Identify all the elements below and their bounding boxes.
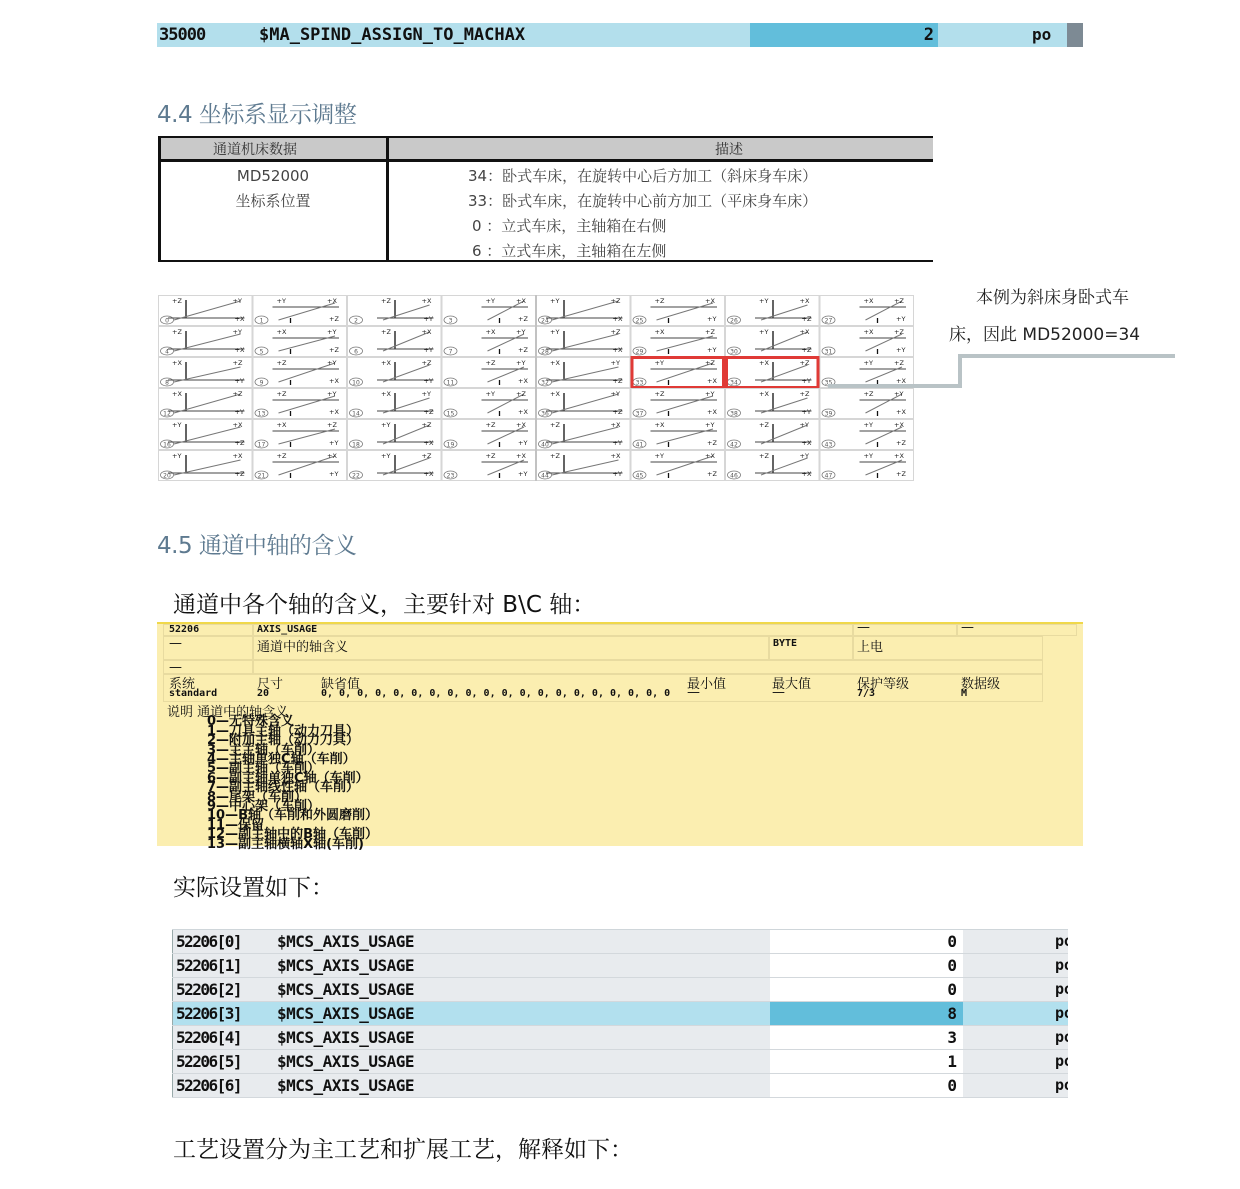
svg-text:+Z: +Z [486,421,496,429]
svg-text:+X: +X [707,377,717,385]
svg-text:+X: +X [759,390,769,398]
svg-text:+Z: +Z [613,408,623,416]
intro-text: 通道中各个轴的含义，主要针对 B\C 轴： [173,586,595,619]
row-value-field[interactable]: 0 [770,1074,963,1097]
svg-text:+X: +X [611,421,621,429]
coordinate-system-diagram-grid: 0+Z+Y+X1+Y+X+Z2+Z+X+Y3+Y+X+Z4+Z+Y+X5+X+Y… [158,295,914,481]
description-line: 34：卧式车床，在旋转中心后方加工（斜床身车床） [390,164,930,189]
svg-text:+X: +X [613,315,623,323]
coordinate-diagrams: 0+Z+Y+X1+Y+X+Z2+Z+X+Y3+Y+X+Z4+Z+Y+X5+X+Y… [158,295,914,481]
svg-text:+Z: +Z [613,377,623,385]
svg-text:+Y: +Y [486,390,495,398]
svg-text:23: 23 [447,473,455,480]
svg-text:+X: +X [894,452,904,460]
svg-text:+Z: +Z [707,470,717,478]
process-settings-text: 工艺设置分为主工艺和扩展工艺，解释如下： [173,1131,633,1164]
svg-text:+X: +X [896,408,906,416]
svg-text:+Y: +Y [864,359,873,367]
svg-text:+X: +X [327,297,337,305]
svg-text:+Z: +Z [894,297,904,305]
svg-text:+X: +X [172,359,182,367]
svg-text:+Y: +Y [705,421,714,429]
svg-text:+Y: +Y [486,297,495,305]
svg-text:+X: +X [424,470,434,478]
svg-text:+Z: +Z [277,359,287,367]
value-data-class: M [961,688,967,699]
svg-text:47: 47 [825,473,833,480]
svg-text:+X: +X [800,328,810,336]
svg-text:+Z: +Z [277,452,287,460]
svg-text:+Z: +Z [896,470,906,478]
svg-text:16: 16 [163,442,171,449]
svg-text:38: 38 [730,411,738,418]
svg-text:19: 19 [447,442,455,449]
svg-text:+Z: +Z [759,421,769,429]
row-name: $MCS_AXIS_USAGE [277,954,414,977]
machine-data-id: MD52000 [158,164,388,189]
svg-text:12: 12 [163,411,171,418]
svg-text:+Z: +Z [172,297,182,305]
table-row[interactable]: 52206[5]$MCS_AXIS_USAGE1po [172,1050,1068,1074]
svg-text:+Y: +Y [550,297,559,305]
svg-text:+Y: +Y [424,315,433,323]
svg-text:6: 6 [354,349,358,356]
table-row[interactable]: 52206[1]$MCS_AXIS_USAGE0po [172,954,1068,978]
svg-text:29: 29 [636,349,644,356]
svg-text:+Y: +Y [327,328,336,336]
svg-text:+Z: +Z [802,346,812,354]
svg-text:+Z: +Z [759,452,769,460]
svg-text:+Z: +Z [611,328,621,336]
row-name: $MCS_AXIS_USAGE [277,978,414,1001]
svg-text:5: 5 [260,349,264,356]
param-number: 52206 [169,624,199,635]
example-note-line-1: 本例为斜床身卧式车 [976,283,1129,308]
row-unit: po [1055,1002,1068,1025]
parameter-unit: po [1032,23,1051,47]
svg-text:+Z: +Z [235,470,245,478]
svg-text:+Y: +Y [327,390,336,398]
svg-text:+Z: +Z [550,452,560,460]
row-edge [172,978,173,1001]
row-value-field[interactable]: 0 [770,978,963,1001]
svg-text:30: 30 [730,349,738,356]
row-edge [172,1050,173,1073]
svg-text:17: 17 [258,442,266,449]
svg-text:+Z: +Z [802,315,812,323]
row-edge [172,930,173,953]
svg-text:+X: +X [800,297,810,305]
row-edge [172,1002,173,1025]
svg-text:+Z: +Z [235,439,245,447]
parameter-info-box: 52206 AXIS_USAGE — — — 通道中的轴含义 BYTE 上电 —… [157,622,1083,846]
svg-text:+X: +X [172,390,182,398]
svg-text:+Z: +Z [655,390,665,398]
value-max: — [772,685,785,700]
svg-text:+X: +X [518,377,528,385]
row-unit: po [1055,930,1068,953]
svg-text:+Y: +Y [759,328,768,336]
svg-text:36: 36 [541,411,549,418]
row-value-field[interactable]: 0 [770,930,963,953]
row-unit: po [1055,1026,1068,1049]
svg-text:+Z: +Z [705,328,715,336]
row-value: 0 [947,930,957,953]
svg-text:+Z: +Z [327,421,337,429]
table-row[interactable]: 52206[0]$MCS_AXIS_USAGE0po [172,930,1068,954]
svg-text:+X: +X [233,452,243,460]
svg-text:+Z: +Z [422,421,432,429]
param-type: BYTE [773,638,797,649]
svg-text:44: 44 [541,473,549,480]
svg-text:+Z: +Z [894,328,904,336]
header-description: 描述 [715,139,743,159]
table-row[interactable]: 52206[4]$MCS_AXIS_USAGE3po [172,1026,1068,1050]
svg-text:+Y: +Y [235,408,244,416]
svg-text:+Y: +Y [516,359,525,367]
table-header: 通道机床数据 描述 [158,136,933,162]
svg-text:+X: +X [422,297,432,305]
svg-text:+Z: +Z [277,390,287,398]
svg-text:10: 10 [352,380,360,387]
svg-text:+Y: +Y [424,346,433,354]
svg-text:+X: +X [707,408,717,416]
svg-text:+Z: +Z [422,359,432,367]
row-name: $MCS_AXIS_USAGE [277,1050,414,1073]
svg-text:+Y: +Y [611,359,620,367]
svg-text:+Y: +Y [235,377,244,385]
svg-text:+Y: +Y [896,346,905,354]
svg-text:37: 37 [636,411,644,418]
param-description: 通道中的轴含义 [257,636,348,655]
svg-text:25: 25 [636,318,644,325]
svg-text:+X: +X [329,377,339,385]
svg-text:7: 7 [449,349,453,356]
svg-text:+Z: +Z [655,297,665,305]
svg-text:+Z: +Z [233,359,243,367]
svg-text:+Y: +Y [802,408,811,416]
svg-text:+Y: +Y [516,328,525,336]
svg-text:+X: +X [235,315,245,323]
header-channel-data: 通道机床数据 [213,139,297,159]
svg-text:+Y: +Y [707,346,716,354]
svg-text:+Z: +Z [172,328,182,336]
svg-text:42: 42 [730,442,738,449]
svg-text:9: 9 [260,380,264,387]
svg-text:21: 21 [258,473,266,480]
svg-text:+X: +X [518,408,528,416]
svg-text:+Z: +Z [422,452,432,460]
row-value: 0 [947,954,957,977]
svg-text:+Y: +Y [802,377,811,385]
svg-text:+Z: +Z [486,452,496,460]
svg-text:+Y: +Y [864,421,873,429]
row-edge [172,1074,173,1097]
svg-text:+Y: +Y [759,297,768,305]
row-id: 52206[6] [176,1074,241,1097]
svg-text:13: 13 [258,411,266,418]
row-name: $MCS_AXIS_USAGE [277,930,414,953]
svg-text:+Z: +Z [518,346,528,354]
row-id: 52206[0] [176,930,241,953]
row-unit: po [1055,1050,1068,1073]
explanation-item: 10—B轴（车削和外圆磨削） [167,811,378,820]
svg-text:3: 3 [449,318,453,325]
svg-text:+Z: +Z [800,359,810,367]
svg-text:+Y: +Y [864,452,873,460]
param-dash: — [169,636,182,651]
svg-text:+Z: +Z [381,328,391,336]
description-line: 33：卧式车床，在旋转中心前方加工（平床身车床） [390,189,930,214]
value-default: 0, 0, 0, 0, 0, 0, 0, 0, 0, 0, 0, 0, 0, 0… [321,688,670,699]
description-cell: 34：卧式车床，在旋转中心后方加工（斜床身车床） 33：卧式车床，在旋转中心前方… [390,164,930,264]
svg-text:22: 22 [352,473,360,480]
svg-text:+Y: +Y [613,470,622,478]
example-note-line-2: 床，因此 MD52000=34 [949,320,1140,345]
svg-text:+Y: +Y [422,390,431,398]
svg-text:+X: +X [705,452,715,460]
svg-text:24: 24 [541,318,549,325]
svg-text:+X: +X [329,408,339,416]
svg-text:+Z: +Z [233,390,243,398]
svg-text:+Y: +Y [611,390,620,398]
svg-text:27: 27 [825,318,833,325]
svg-text:+Y: +Y [233,328,242,336]
svg-text:2: 2 [354,318,358,325]
svg-text:+Y: +Y [896,315,905,323]
svg-text:+Y: +Y [655,359,664,367]
svg-text:39: 39 [825,411,833,418]
svg-text:+X: +X [381,359,391,367]
row-unit: po [1055,1074,1068,1097]
svg-text:+Z: +Z [424,408,434,416]
description-line: 0 ：立式车床，主轴箱在右侧 [390,214,930,239]
svg-text:+X: +X [422,328,432,336]
svg-text:+X: +X [613,346,623,354]
svg-text:45: 45 [636,473,644,480]
svg-text:+Z: +Z [864,390,874,398]
svg-text:+Y: +Y [707,315,716,323]
svg-text:18: 18 [352,442,360,449]
svg-text:8: 8 [165,380,169,387]
machine-data-cell: MD52000 坐标系位置 [158,164,388,214]
svg-text:+X: +X [611,452,621,460]
svg-text:+X: +X [759,359,769,367]
svg-text:+Y: +Y [518,439,527,447]
svg-text:+X: +X [864,297,874,305]
row-value-field[interactable]: 3 [770,1026,963,1049]
svg-text:+X: +X [424,439,434,447]
actual-settings-table: 52206[0]$MCS_AXIS_USAGE0po52206[1]$MCS_A… [172,929,1068,1098]
svg-text:+Z: +Z [518,315,528,323]
svg-text:+X: +X [705,297,715,305]
section-title-4-4: 4.4 坐标系显示调整 [157,96,356,129]
svg-text:+Y: +Y [327,359,336,367]
svg-text:+Z: +Z [894,359,904,367]
svg-text:+Z: +Z [486,359,496,367]
svg-text:+X: +X [516,297,526,305]
svg-text:+X: +X [655,328,665,336]
row-id: 52206[5] [176,1050,241,1073]
svg-text:+Y: +Y [518,470,527,478]
svg-text:41: 41 [636,442,644,449]
description-line: 6 ：立式车床，主轴箱在左侧 [390,239,930,264]
section-title-4-5: 4.5 通道中轴的含义 [157,527,356,560]
svg-text:+Y: +Y [800,421,809,429]
svg-text:+Y: +Y [172,421,181,429]
svg-text:26: 26 [730,318,738,325]
row-unit: po [1055,954,1068,977]
svg-text:+Y: +Y [894,390,903,398]
row-value-field[interactable]: 0 [770,954,963,977]
row-name: $MCS_AXIS_USAGE [277,1074,414,1097]
row-id: 52206[3] [176,1002,241,1025]
param-dash: — [961,620,974,635]
svg-text:+X: +X [802,439,812,447]
svg-text:+Y: +Y [277,297,286,305]
svg-text:15: 15 [447,411,455,418]
svg-text:+X: +X [277,421,287,429]
scrollbar[interactable] [1067,23,1083,47]
param-activation: 上电 [857,636,883,655]
svg-text:28: 28 [541,349,549,356]
svg-text:+Y: +Y [233,297,242,305]
svg-text:+X: +X [550,390,560,398]
svg-text:40: 40 [541,442,549,449]
svg-text:+X: +X [235,346,245,354]
svg-text:+X: +X [655,421,665,429]
svg-text:+Y: +Y [329,470,338,478]
row-value-field[interactable]: 8 [770,1002,963,1025]
svg-text:+X: +X [381,390,391,398]
row-id: 52206[1] [176,954,241,977]
value-size: 20 [257,688,269,699]
value-min: — [687,685,700,700]
svg-text:+Z: +Z [381,297,391,305]
svg-text:+Y: +Y [800,452,809,460]
coordinate-system-table: 通道机床数据 描述 MD52000 坐标系位置 34：卧式车床，在旋转中心后方加… [158,136,933,262]
value-protection: 7/3 [857,688,875,699]
row-value: 0 [947,978,957,1001]
svg-text:+X: +X [802,470,812,478]
svg-text:34: 34 [730,380,738,387]
table-row[interactable]: 52206[2]$MCS_AXIS_USAGE0po [172,978,1068,1002]
svg-text:+Z: +Z [329,315,339,323]
table-row[interactable]: 52206[6]$MCS_AXIS_USAGE0po [172,1074,1068,1098]
svg-text:+Z: +Z [611,297,621,305]
svg-text:+X: +X [550,359,560,367]
row-unit: po [1055,978,1068,1001]
row-value: 8 [947,1002,957,1025]
svg-text:+Y: +Y [550,328,559,336]
svg-text:+Y: +Y [424,377,433,385]
svg-text:+Z: +Z [705,359,715,367]
svg-text:+X: +X [516,421,526,429]
svg-text:+Y: +Y [613,439,622,447]
svg-text:43: 43 [825,442,833,449]
row-edge [172,1026,173,1049]
svg-text:+Y: +Y [381,421,390,429]
svg-text:+X: +X [327,452,337,460]
callout-connector [958,354,1175,358]
table-row[interactable]: 52206[3]$MCS_AXIS_USAGE8po [172,1002,1068,1026]
param-explanation: 说明 通道中的轴含义 0—无特殊含义1—刀具主轴（动力刀具）2—附加主轴（动力刀… [167,708,378,849]
row-edge [172,954,173,977]
actual-settings-label: 实际设置如下： [173,869,334,902]
svg-text:+Z: +Z [800,390,810,398]
svg-text:+X: +X [486,328,496,336]
svg-text:20: 20 [163,473,171,480]
row-value-field[interactable]: 1 [770,1050,963,1073]
row-id: 52206[4] [176,1026,241,1049]
row-value: 3 [947,1026,957,1049]
svg-text:1: 1 [260,318,264,325]
machine-data-label: 坐标系位置 [158,189,388,214]
svg-text:+X: +X [277,328,287,336]
svg-text:+Y: +Y [705,390,714,398]
row-name: $MCS_AXIS_USAGE [277,1002,414,1025]
svg-text:33: 33 [636,380,644,387]
svg-text:+X: +X [516,452,526,460]
svg-text:14: 14 [352,411,360,418]
svg-text:+X: +X [864,328,874,336]
parameter-number: 35000 [159,23,205,47]
explanation-item: 13—副主轴横轴X轴(车削) [167,840,378,849]
svg-text:+Z: +Z [329,346,339,354]
svg-text:+Z: +Z [550,421,560,429]
svg-text:46: 46 [730,473,738,480]
row-value: 0 [947,1074,957,1097]
svg-text:+Z: +Z [516,390,526,398]
svg-text:+Z: +Z [896,439,906,447]
row-id: 52206[2] [176,978,241,1001]
svg-text:31: 31 [825,349,833,356]
svg-text:+Y: +Y [655,452,664,460]
row-name: $MCS_AXIS_USAGE [277,1026,414,1049]
value-system: standard [169,688,217,699]
svg-text:+Y: +Y [172,452,181,460]
param-dash: — [857,620,870,635]
callout-connector [828,384,962,388]
svg-text:11: 11 [447,380,455,387]
parameter-row-35000[interactable]: 35000 $MA_SPIND_ASSIGN_TO_MACHAX 2 po [157,23,1083,47]
parameter-value: 2 [924,23,934,47]
row-value: 1 [947,1050,957,1073]
callout-connector [958,354,962,388]
svg-text:+X: +X [233,421,243,429]
svg-text:+Y: +Y [329,439,338,447]
svg-text:+Z: +Z [707,439,717,447]
svg-text:4: 4 [165,349,169,356]
param-name: AXIS_USAGE [257,624,317,635]
parameter-value-field[interactable]: 2 [750,23,938,47]
svg-text:32: 32 [541,380,549,387]
svg-text:+X: +X [894,421,904,429]
parameter-name: $MA_SPIND_ASSIGN_TO_MACHAX [259,23,525,47]
svg-text:+Y: +Y [381,452,390,460]
svg-text:0: 0 [165,318,169,325]
